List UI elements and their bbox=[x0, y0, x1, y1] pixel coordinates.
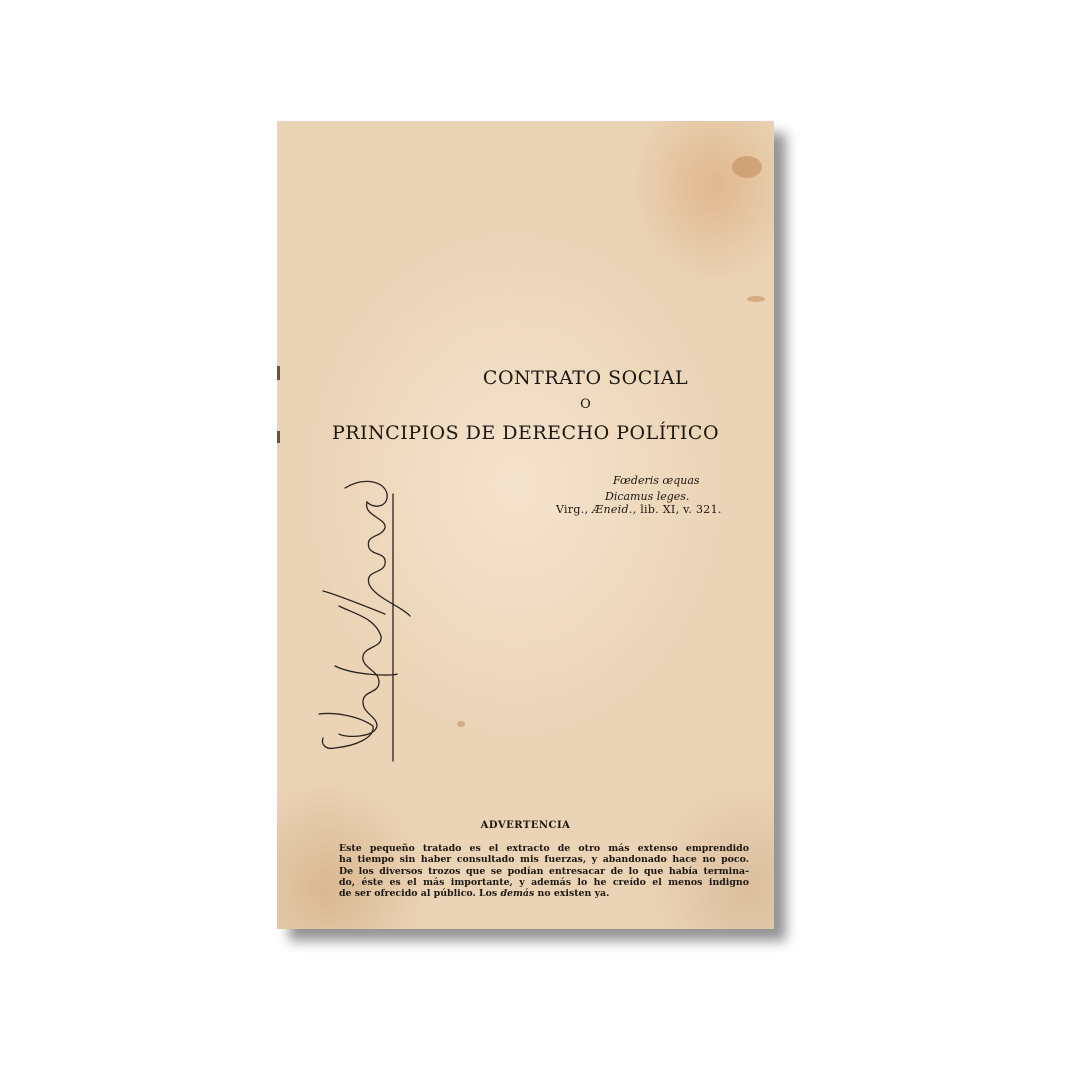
advertencia-line: do, éste es el más importante, y además … bbox=[339, 877, 749, 888]
advertencia-line: ha tiempo sin haber consultado mis fuerz… bbox=[339, 854, 749, 865]
citation-work: Æneid., bbox=[592, 503, 636, 516]
citation-author: Virg., bbox=[556, 503, 588, 516]
advertencia-line: De los diversos trozos que se podían ent… bbox=[339, 866, 749, 877]
book-subtitle: PRINCIPIOS DE DERECHO POLÍTICO bbox=[277, 422, 774, 444]
advertencia-text: no existen ya. bbox=[538, 888, 610, 899]
advertencia-body: Este pequeño tratado es el extracto de o… bbox=[339, 843, 749, 899]
foxing-stain bbox=[747, 296, 765, 302]
foxing-stain bbox=[732, 156, 762, 178]
advertencia-line: Este pequeño tratado es el extracto de o… bbox=[339, 843, 749, 854]
advertencia-last-line: de ser ofrecido al público. Los demás no… bbox=[339, 888, 749, 899]
book-page: CONTRATO SOCIAL O PRINCIPIOS DE DERECHO … bbox=[277, 121, 774, 929]
advertencia-text: de ser ofrecido al público. Los bbox=[339, 888, 497, 899]
foxing-stain bbox=[457, 721, 465, 727]
advertencia-heading: ADVERTENCIA bbox=[277, 820, 774, 831]
book-title: CONTRATO SOCIAL bbox=[337, 367, 774, 389]
epigraph-line-1: Fœderis œquas bbox=[597, 473, 747, 489]
advertencia-italic-word: demás bbox=[500, 888, 534, 899]
epigraph: Fœderis œquas Dicamus leges. bbox=[597, 473, 747, 505]
binding-mark bbox=[277, 366, 280, 380]
epigraph-citation: Virg., Æneid., lib. XI, v. 321. bbox=[556, 503, 722, 516]
handwritten-signature bbox=[305, 476, 415, 766]
title-conjunction: O bbox=[337, 397, 774, 412]
citation-ref: lib. XI, v. 321. bbox=[640, 503, 721, 516]
